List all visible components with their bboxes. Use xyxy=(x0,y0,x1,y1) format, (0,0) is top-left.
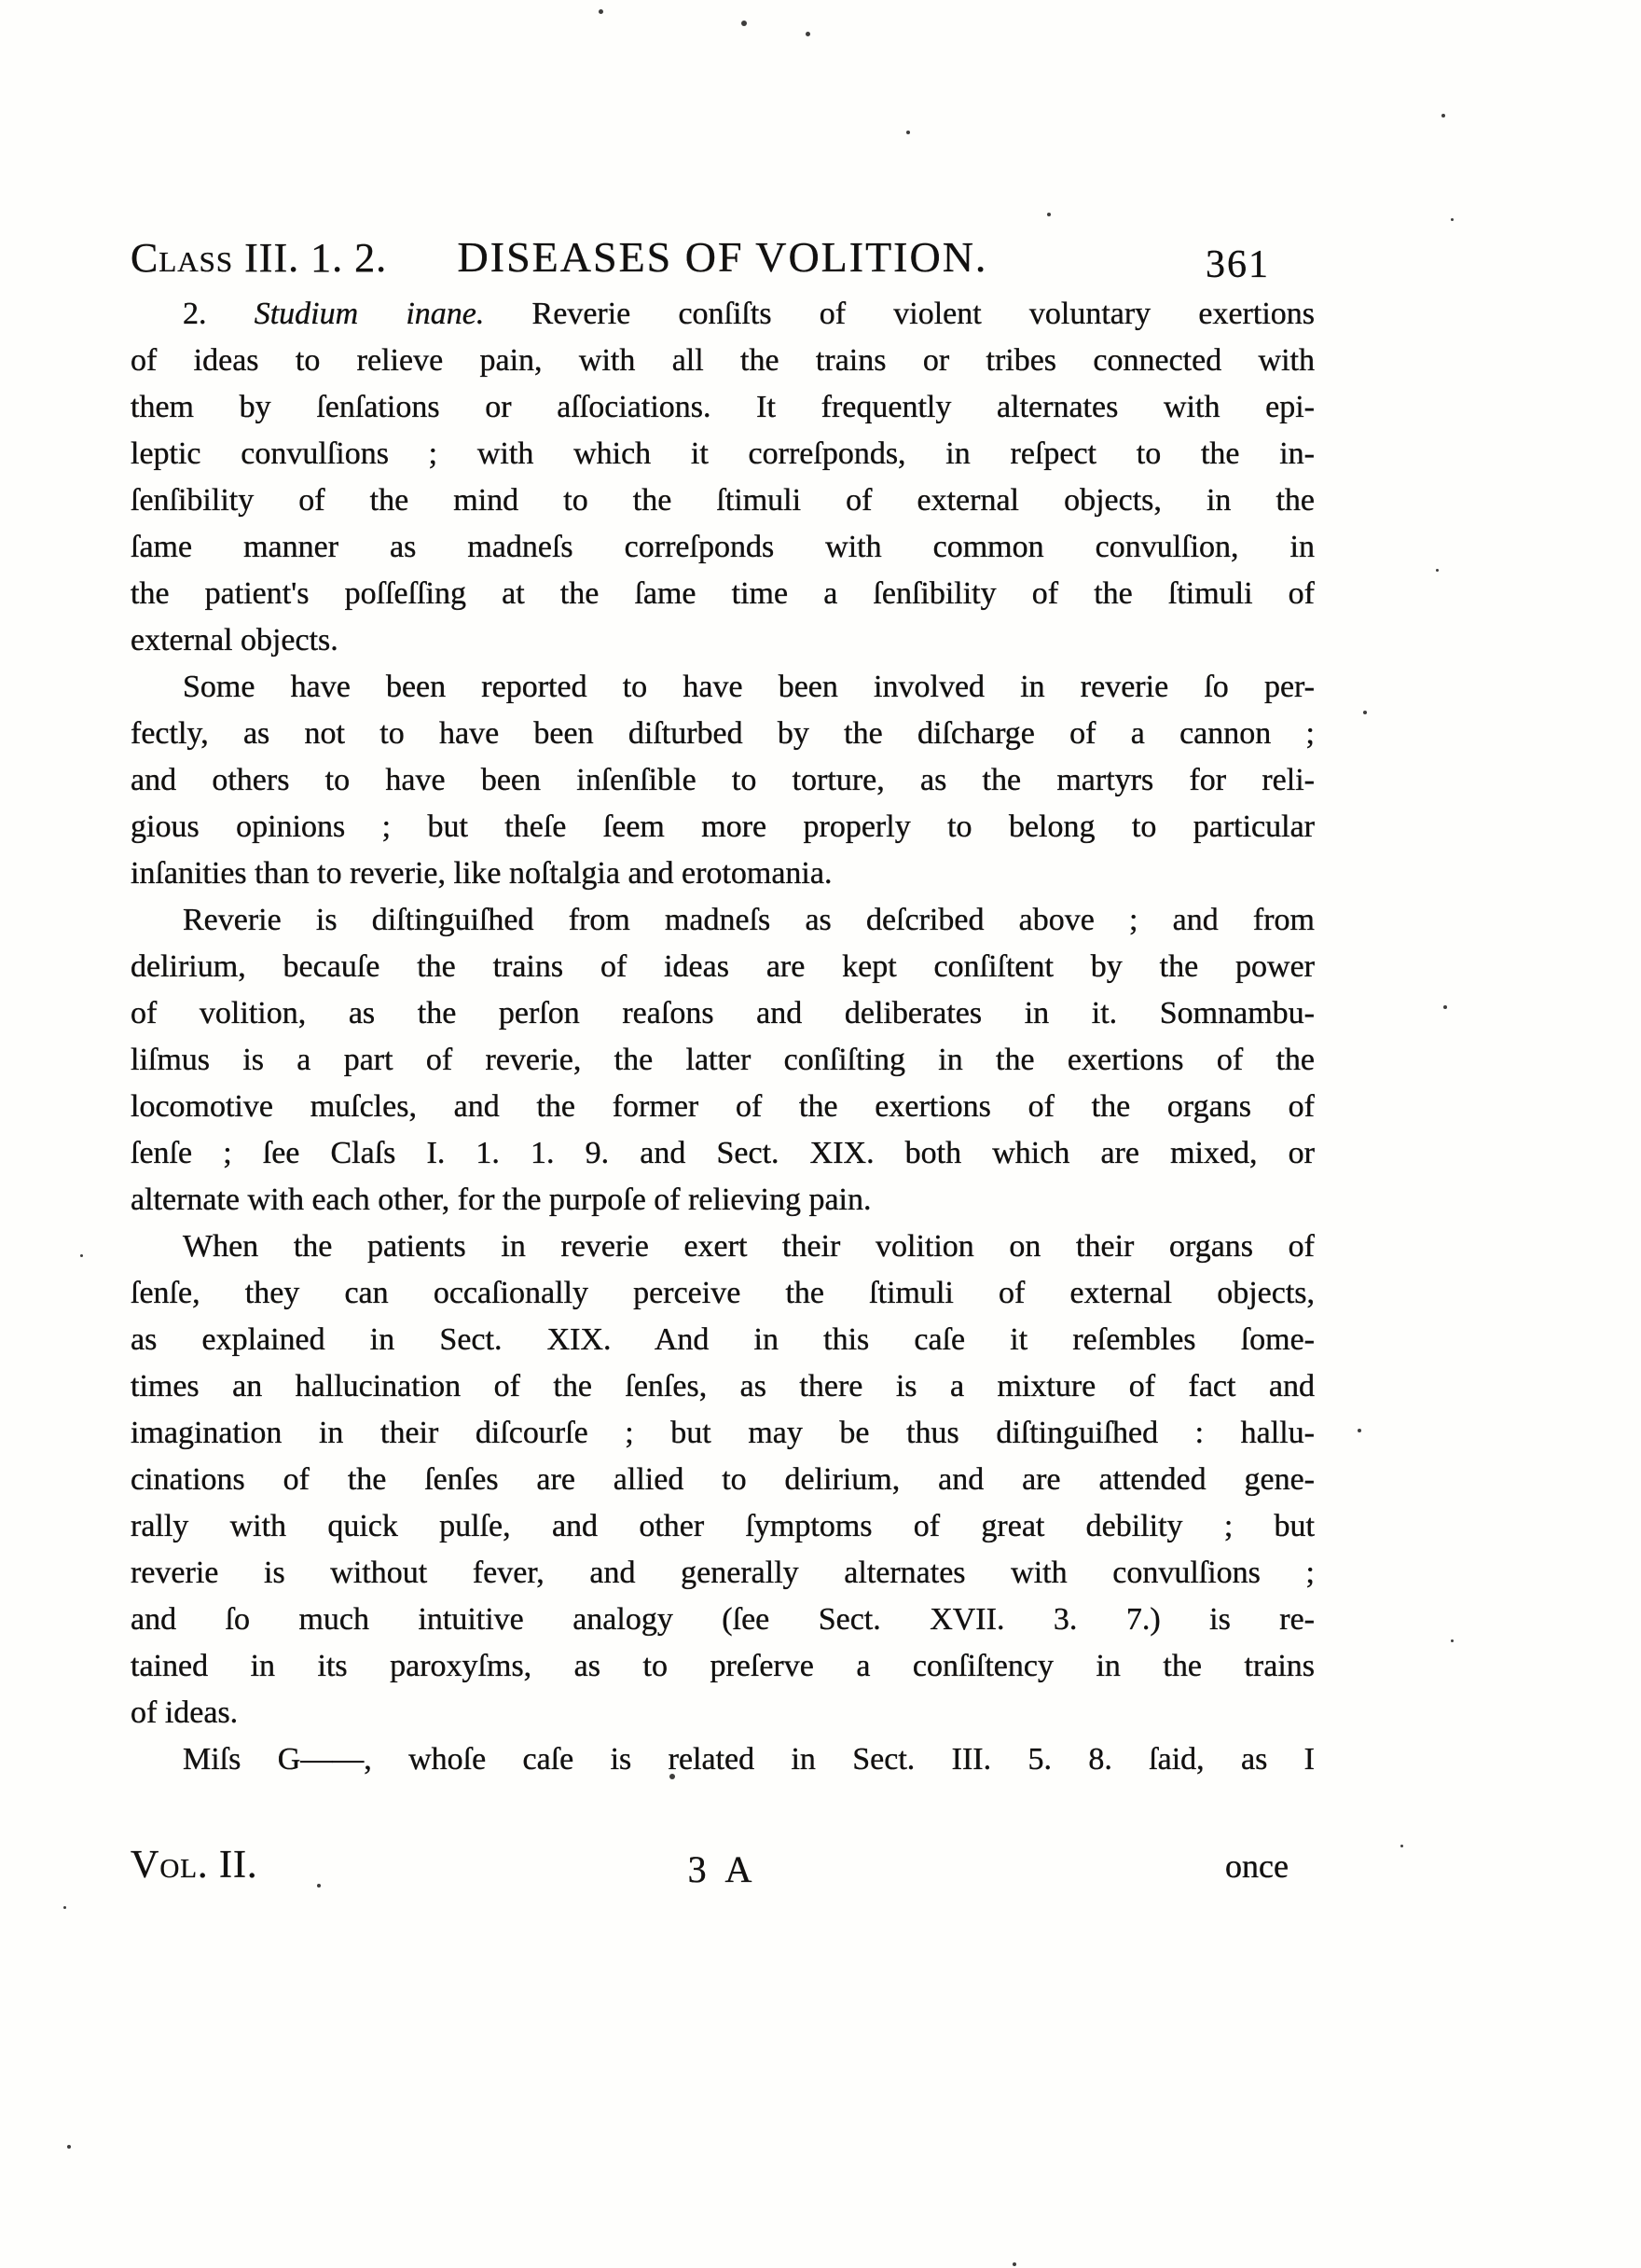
scan-speck xyxy=(80,1254,83,1257)
scan-speck xyxy=(1358,1429,1361,1432)
scan-speck xyxy=(906,131,910,134)
scan-speck xyxy=(1443,1005,1447,1009)
text-line: and others to have been inſenſible to to… xyxy=(131,757,1315,804)
text-line: cinations of the ſenſes are allied to de… xyxy=(131,1457,1315,1503)
text-line: ſenſe ; ſee Claſs I. 1. 1. 9. and Sect. … xyxy=(131,1130,1315,1177)
text-fragment: Reverie conſiſts of violent voluntary ex… xyxy=(484,297,1315,331)
book-page: Class III. 1. 2. DISEASES OF VOLITION. 3… xyxy=(0,0,1641,2268)
scan-speck xyxy=(1451,218,1454,221)
text-line: tained in its paroxyſms, as to preſerve … xyxy=(131,1643,1315,1690)
text-line: as explained in Sect. XIX. And in this c… xyxy=(131,1317,1315,1363)
text-line: of ideas to relieve pain, with all the t… xyxy=(131,338,1315,384)
text-line: When the patients in reverie exert their… xyxy=(131,1224,1315,1270)
text-line: reverie is without fever, and generally … xyxy=(131,1550,1315,1597)
text-line: leptic convulſions ; with which it corre… xyxy=(131,431,1315,477)
text-line: times an hallucination of the ſenſes, as… xyxy=(131,1363,1315,1410)
text-line: of ideas. xyxy=(131,1690,1315,1736)
scan-speck xyxy=(1363,711,1367,714)
running-head-title: DISEASES OF VOLITION. xyxy=(131,232,1315,282)
scan-speck xyxy=(1047,213,1051,216)
text-line: ſame manner as madneſs correſponds with … xyxy=(131,524,1315,571)
text-line: delirium, becauſe the trains of ideas ar… xyxy=(131,944,1315,990)
scan-speck xyxy=(1441,114,1445,118)
scan-speck xyxy=(599,9,603,14)
text-line: liſmus is a part of reverie, the latter … xyxy=(131,1037,1315,1084)
text-line: 2. Studium inane. Reverie conſiſts of vi… xyxy=(131,291,1315,338)
text-line: Reverie is diſtinguiſhed from madneſs as… xyxy=(131,897,1315,944)
text-line: them by ſenſations or aſſociations. It f… xyxy=(131,384,1315,431)
text-line: and ſo much intuitive analogy (ſee Sect.… xyxy=(131,1597,1315,1643)
scan-speck xyxy=(1436,569,1439,572)
scan-speck xyxy=(63,1906,66,1909)
page-number: 361 xyxy=(1206,242,1270,287)
text-line: fectly, as not to have been diſturbed by… xyxy=(131,711,1315,757)
scan-speck xyxy=(67,2145,71,2149)
catchword: once xyxy=(1225,1846,1289,1886)
scan-speck xyxy=(1400,1845,1403,1847)
text-fragment: 2. xyxy=(183,297,255,331)
italic-phrase: Studium inane. xyxy=(255,297,485,331)
scan-speck xyxy=(669,1774,675,1779)
scan-speck xyxy=(806,32,810,36)
scan-speck xyxy=(741,21,747,26)
text-line: rally with quick pulſe, and other ſympto… xyxy=(131,1503,1315,1550)
text-line: locomotive muſcles, and the former of th… xyxy=(131,1084,1315,1130)
scan-speck xyxy=(1013,2262,1016,2266)
scan-speck xyxy=(317,1884,321,1888)
text-line: gious opinions ; but theſe ſeem more pro… xyxy=(131,804,1315,850)
body-text: 2. Studium inane. Reverie conſiſts of vi… xyxy=(131,291,1315,1783)
text-line: of volition, as the perſon reaſons and d… xyxy=(131,990,1315,1037)
text-line: external objects. xyxy=(131,617,1315,664)
page-header: Class III. 1. 2. DISEASES OF VOLITION. 3… xyxy=(131,229,1315,282)
text-line: inſanities than to reverie, like noſtalg… xyxy=(131,850,1315,897)
page-footer: Vol. II. 3 A once xyxy=(131,1837,1315,1888)
text-line: the patient's poſſeſſing at the ſame tim… xyxy=(131,571,1315,617)
scan-speck xyxy=(1451,1639,1454,1642)
text-line: alternate with each other, for the purpo… xyxy=(131,1177,1315,1224)
text-line: Some have been reported to have been inv… xyxy=(131,664,1315,711)
text-line: ſenſibility of the mind to the ſtimuli o… xyxy=(131,477,1315,524)
signature-mark: 3 A xyxy=(131,1847,1315,1891)
text-line: imagination in their diſcourſe ; but may… xyxy=(131,1410,1315,1457)
text-line: ſenſe, they can occaſionally perceive th… xyxy=(131,1270,1315,1317)
text-line: Miſs G——, whoſe caſe is related in Sect.… xyxy=(131,1736,1315,1783)
